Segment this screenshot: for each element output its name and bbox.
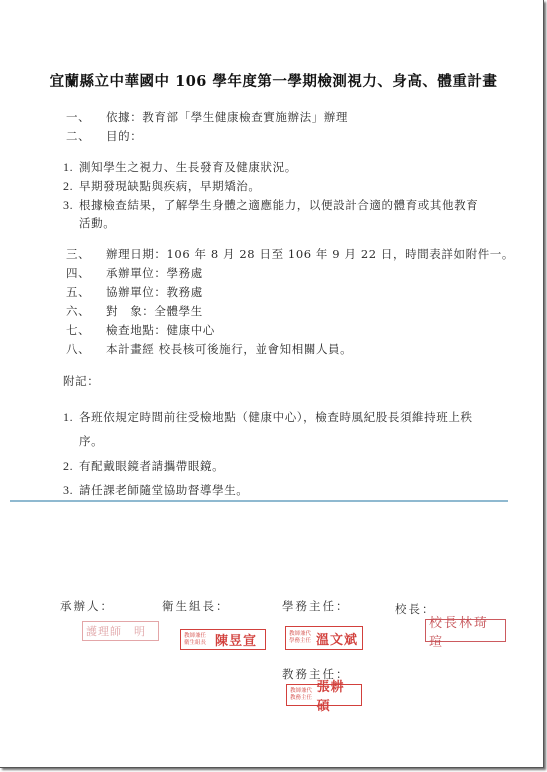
item-number: 2. xyxy=(63,179,79,194)
item-number: 3. xyxy=(63,483,79,498)
section-1: 一、依據：教育部「學生健康檢查實施辦法」辦理 xyxy=(66,109,348,125)
purpose-item: 1.測知學生之視力、生長發育及健康狀況。 xyxy=(63,159,297,175)
section-7: 七、檢查地點：健康中心 xyxy=(66,322,215,338)
item-text: 早期發現缺點與疾病，早期矯治。 xyxy=(79,179,261,193)
section-text: 目的： xyxy=(106,129,142,143)
notes-heading: 附記： xyxy=(63,373,99,389)
divider-line xyxy=(10,500,508,502)
stamp-health-chief: 教師兼任 衛生組長 陳昱宣 xyxy=(180,629,266,650)
section-2: 二、目的： xyxy=(66,128,142,144)
section-text: 本計畫經 校長核可後施行，並會知相關人員。 xyxy=(106,342,352,356)
item-number: 1. xyxy=(63,160,79,175)
stamp-name: 校長林琦瑄 xyxy=(429,612,502,650)
section-marker: 一、 xyxy=(66,109,106,125)
stamp-name: 溫文斌 xyxy=(316,629,358,648)
section-text: 檢查地點：健康中心 xyxy=(106,323,215,337)
item-text: 請任課老師隨堂協助督導學生。 xyxy=(79,483,248,497)
section-marker: 二、 xyxy=(66,128,106,144)
stamp-principal: 校長林琦瑄 xyxy=(425,619,506,642)
note-item: 3.請任課老師隨堂協助督導學生。 xyxy=(63,482,248,498)
section-3: 三、辦理日期：106 年 8 月 28 日至 106 年 9 月 22 日，時間… xyxy=(66,246,514,262)
document-page: 宜蘭縣立中華國中 106 學年度第一學期檢測視力、身高、體重計畫 一、依據：教育… xyxy=(0,0,544,768)
stamp-name: 張耕碩 xyxy=(317,676,358,714)
signature-label-health-chief: 衛生組長： xyxy=(162,598,230,614)
section-8: 八、本計畫經 校長核可後施行，並會知相關人員。 xyxy=(66,341,352,357)
stamp-name: 護理師 明 xyxy=(86,623,146,639)
stamp-title: 教師兼代 教務主任 xyxy=(290,688,314,702)
item-text: 有配戴眼鏡者請攜帶眼鏡。 xyxy=(79,459,224,473)
stamp-name: 陳昱宣 xyxy=(215,630,257,649)
item-text: 各班依規定時間前往受檢地點（健康中心），檢查時風紀股長須維持班上秩 xyxy=(79,410,473,424)
signature-label-handler: 承辦人： xyxy=(60,598,114,614)
stamp-handler: 護理師 明 xyxy=(82,621,159,641)
section-text: 依據：教育部「學生健康檢查實施辦法」辦理 xyxy=(106,110,348,124)
purpose-item-continuation: 活動。 xyxy=(79,215,115,231)
section-marker: 七、 xyxy=(66,322,106,338)
section-marker: 三、 xyxy=(66,246,106,262)
note-item: 2.有配戴眼鏡者請攜帶眼鏡。 xyxy=(63,458,224,474)
section-text: 承辦單位：學務處 xyxy=(106,266,203,280)
item-text: 根據檢查結果，了解學生身體之適應能力，以便設計合適的體育或其他教育 xyxy=(79,198,478,212)
item-number: 3. xyxy=(63,198,79,213)
section-text: 辦理日期：106 年 8 月 28 日至 106 年 9 月 22 日，時間表詳… xyxy=(106,247,514,261)
note-item: 1.各班依規定時間前往受檢地點（健康中心），檢查時風紀股長須維持班上秩 xyxy=(63,409,473,425)
stamp-academic-affairs: 教師兼代 教務主任 張耕碩 xyxy=(286,684,362,706)
section-5: 五、協辦單位：教務處 xyxy=(66,284,203,300)
section-text: 協辦單位：教務處 xyxy=(106,285,203,299)
section-marker: 四、 xyxy=(66,265,106,281)
section-4: 四、承辦單位：學務處 xyxy=(66,265,203,281)
purpose-item: 2.早期發現缺點與疾病，早期矯治。 xyxy=(63,178,261,194)
stamp-title: 教師兼代 學務主任 xyxy=(289,631,313,645)
document-title: 宜蘭縣立中華國中 106 學年度第一學期檢測視力、身高、體重計畫 xyxy=(0,70,547,91)
stamp-student-affairs: 教師兼代 學務主任 溫文斌 xyxy=(285,626,363,650)
section-marker: 五、 xyxy=(66,284,106,300)
section-6: 六、對 象：全體學生 xyxy=(66,303,203,319)
section-text: 對 象：全體學生 xyxy=(106,304,203,318)
item-text: 測知學生之視力、生長發育及健康狀況。 xyxy=(79,160,297,174)
section-marker: 六、 xyxy=(66,303,106,319)
item-number: 2. xyxy=(63,459,79,474)
stamp-title: 教師兼任 衛生組長 xyxy=(184,633,212,647)
purpose-item: 3.根據檢查結果，了解學生身體之適應能力，以便設計合適的體育或其他教育 xyxy=(63,197,478,213)
note-item-continuation: 序。 xyxy=(79,433,103,449)
signature-label-student-affairs: 學務主任： xyxy=(282,598,350,614)
section-marker: 八、 xyxy=(66,341,106,357)
item-number: 1. xyxy=(63,410,79,425)
